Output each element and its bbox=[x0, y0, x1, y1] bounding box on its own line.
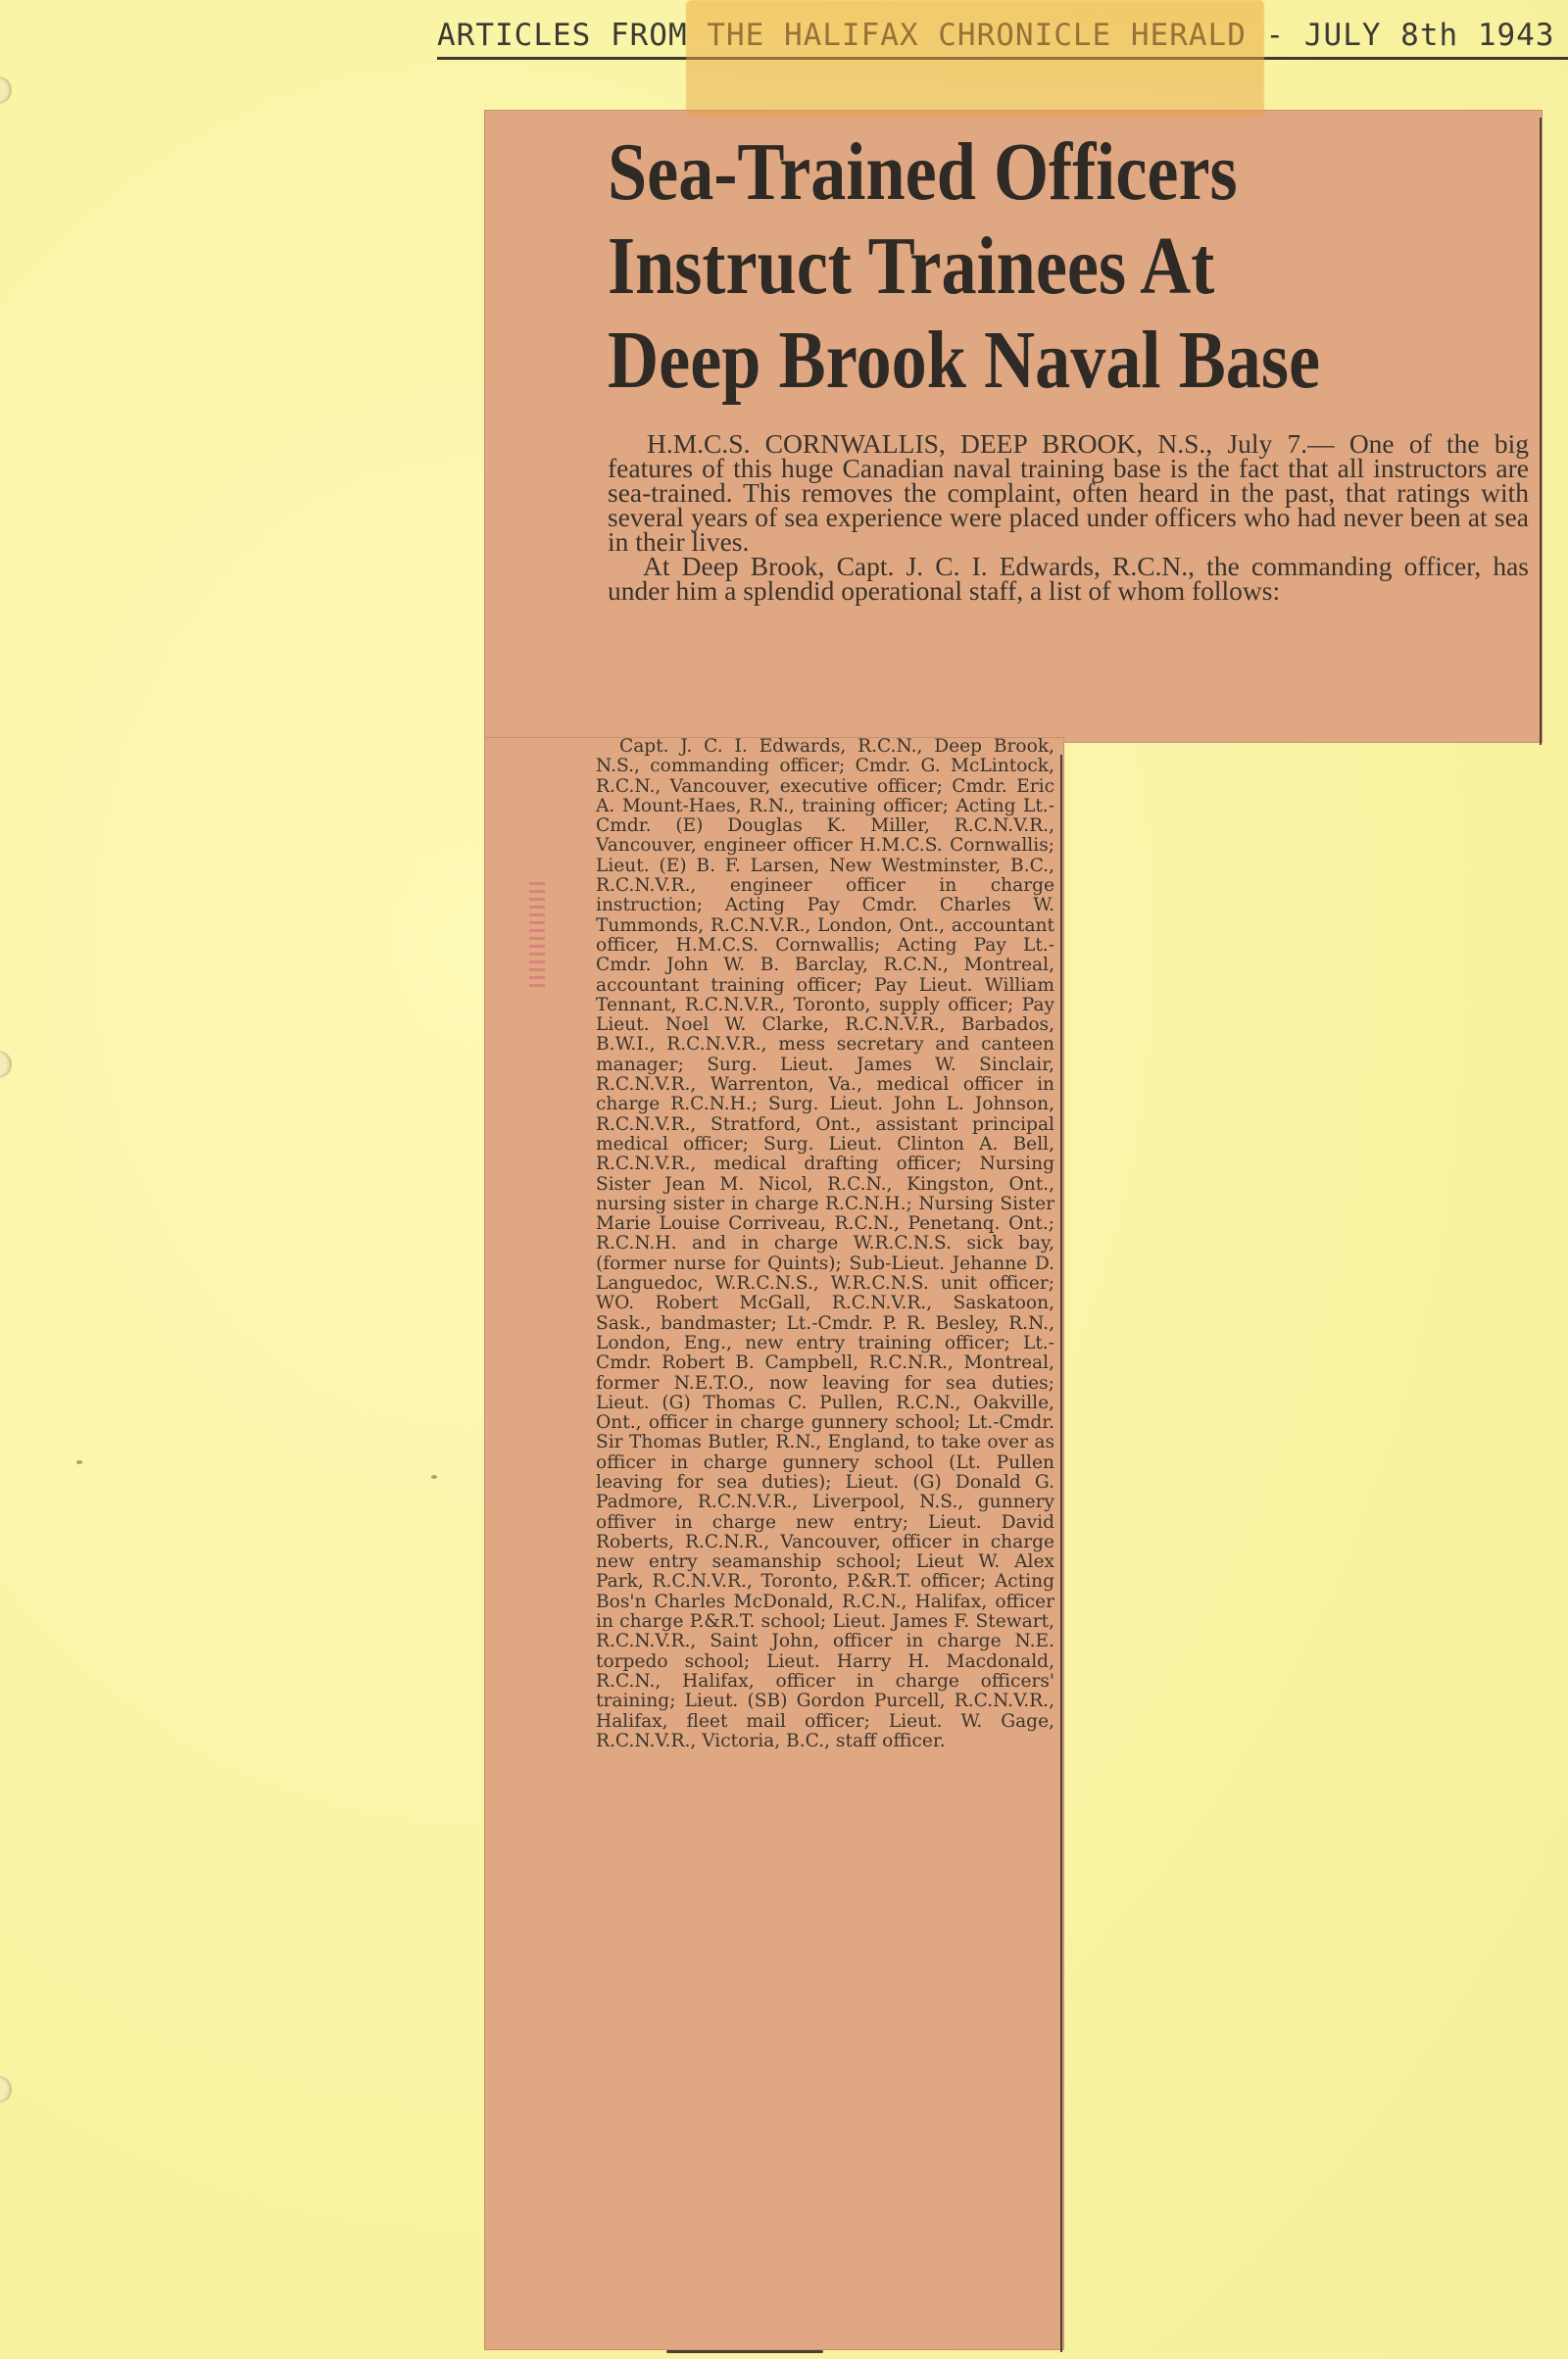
adhesive-tape bbox=[686, 0, 1264, 118]
article-lead: H.M.C.S. CORNWALLIS, DEEP BROOK, N.S., J… bbox=[608, 431, 1529, 603]
staff-list-text: Capt. J. C. I. Edwards, R.C.N., Deep Bro… bbox=[596, 737, 1054, 1751]
column-rule bbox=[1060, 755, 1062, 2352]
article-headline: Sea-Trained Officers Instruct Trainees A… bbox=[608, 125, 1408, 408]
binder-hole bbox=[0, 76, 12, 104]
lead-paragraph-1: H.M.C.S. CORNWALLIS, DEEP BROOK, N.S., J… bbox=[608, 431, 1529, 554]
paper-speck bbox=[76, 1460, 82, 1464]
headline-line-2: Instruct Trainees At bbox=[608, 220, 1408, 314]
binder-hole bbox=[0, 2076, 12, 2103]
paper-speck bbox=[431, 1475, 437, 1479]
headline-line-3: Deep Brook Naval Base bbox=[608, 314, 1408, 408]
headline-line-1: Sea-Trained Officers bbox=[608, 125, 1408, 220]
ink-mark bbox=[529, 882, 545, 990]
binder-hole bbox=[0, 1051, 12, 1078]
column-rule bbox=[1540, 118, 1542, 745]
staff-list: Capt. J. C. I. Edwards, R.C.N., Deep Bro… bbox=[596, 737, 1054, 1751]
lead-paragraph-2: At Deep Brook, Capt. J. C. I. Edwards, R… bbox=[608, 554, 1529, 603]
column-end-rule bbox=[666, 2350, 823, 2353]
